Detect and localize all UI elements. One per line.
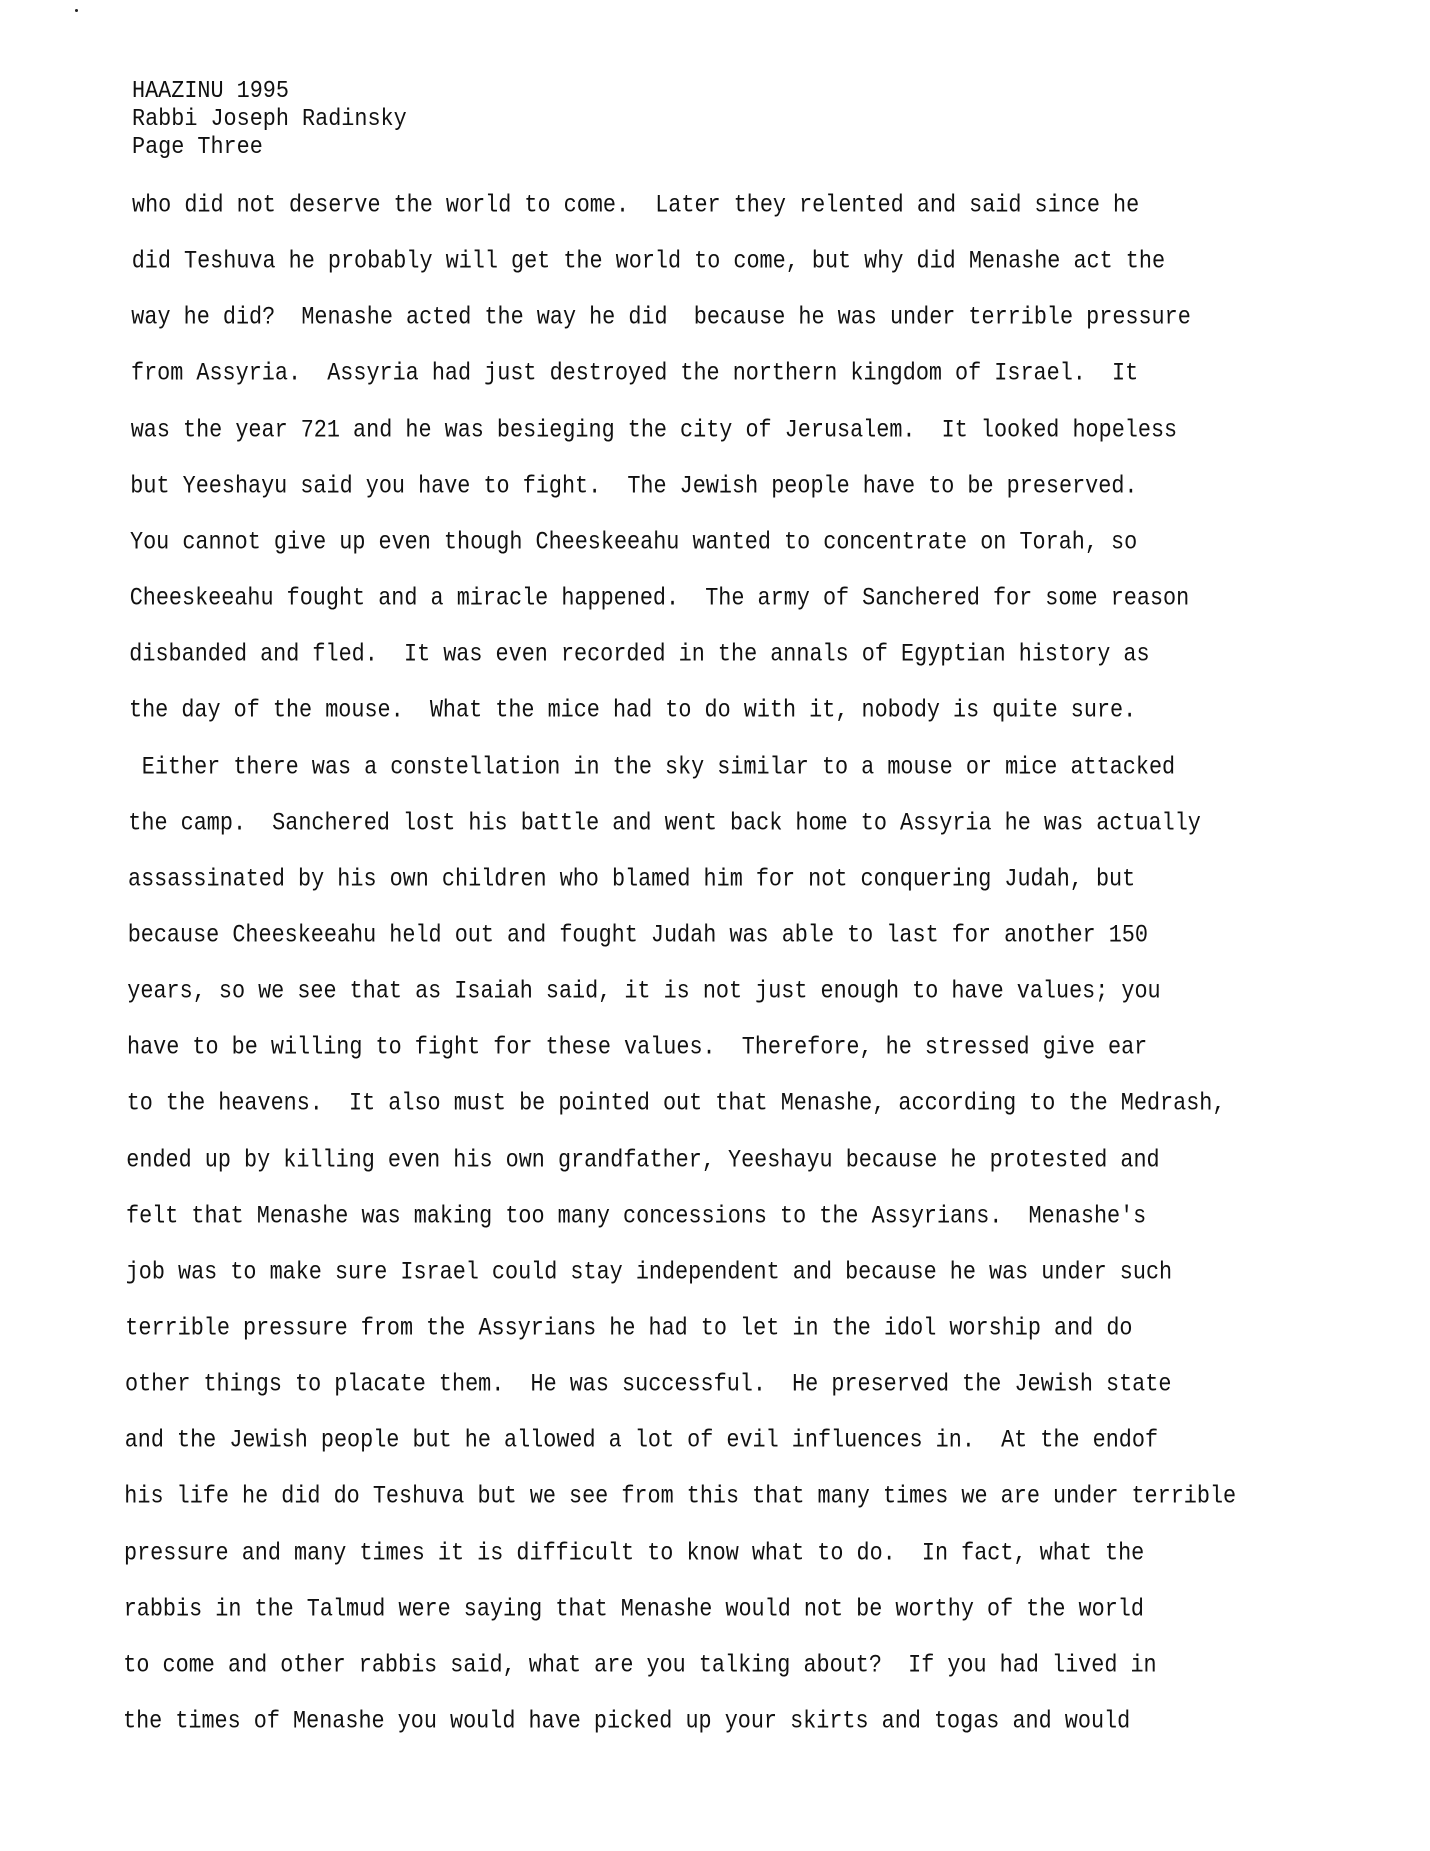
body-line: years, so we see that as Isaiah said, it…	[127, 976, 1160, 1008]
body-line: the times of Menashe you would have pick…	[123, 1706, 1130, 1738]
body-line: who did not deserve the world to come. L…	[132, 190, 1139, 222]
document-page: HAAZINU 1995 Rabbi Joseph Radinsky Page …	[0, 0, 1430, 1851]
body-line: the camp. Sanchered lost his battle and …	[128, 808, 1201, 840]
body-line: other things to placate them. He was suc…	[125, 1369, 1171, 1401]
body-line: have to be willing to fight for these va…	[127, 1032, 1147, 1064]
body-line: disbanded and fled. It was even recorded…	[129, 639, 1149, 671]
body-line: Cheeskeeahu fought and a miracle happene…	[130, 583, 1190, 615]
body-line: way he did? Menashe acted the way he did…	[131, 302, 1191, 334]
body-line: the day of the mouse. What the mice had …	[129, 695, 1136, 727]
body-line: Either there was a constellation in the …	[129, 752, 1175, 784]
body-line: from Assyria. Assyria had just destroyed…	[131, 358, 1138, 390]
body-line: was the year 721 and he was besieging th…	[131, 415, 1177, 447]
body-line: You cannot give up even though Cheeskeea…	[130, 527, 1137, 559]
body-line: but Yeeshayu said you have to fight. The…	[130, 471, 1137, 503]
body-line: because Cheeskeeahu held out and fought …	[128, 920, 1148, 952]
body-line: did Teshuva he probably will get the wor…	[132, 246, 1165, 278]
body-line: his life he did do Teshuva but we see fr…	[124, 1481, 1236, 1513]
body-line: ended up by killing even his own grandfa…	[126, 1145, 1159, 1177]
scan-speck	[75, 9, 78, 12]
body-line: rabbis in the Talmud were saying that Me…	[124, 1594, 1144, 1626]
body-line: to come and other rabbis said, what are …	[123, 1650, 1156, 1682]
body-line: and the Jewish people but he allowed a l…	[125, 1425, 1158, 1457]
body-line: terrible pressure from the Assyrians he …	[125, 1313, 1132, 1345]
document-header: HAAZINU 1995 Rabbi Joseph Radinsky Page …	[132, 79, 407, 163]
page-label: Page Three	[132, 132, 407, 163]
body-line: felt that Menashe was making too many co…	[126, 1201, 1146, 1233]
body-line: job was to make sure Israel could stay i…	[126, 1257, 1172, 1289]
body-line: to the heavens. It also must be pointed …	[127, 1088, 1226, 1120]
body-line: pressure and many times it is difficult …	[124, 1538, 1144, 1570]
body-line: assassinated by his own children who bla…	[128, 864, 1135, 896]
document-author: Rabbi Joseph Radinsky	[132, 104, 407, 135]
document-title: HAAZINU 1995	[132, 76, 407, 107]
